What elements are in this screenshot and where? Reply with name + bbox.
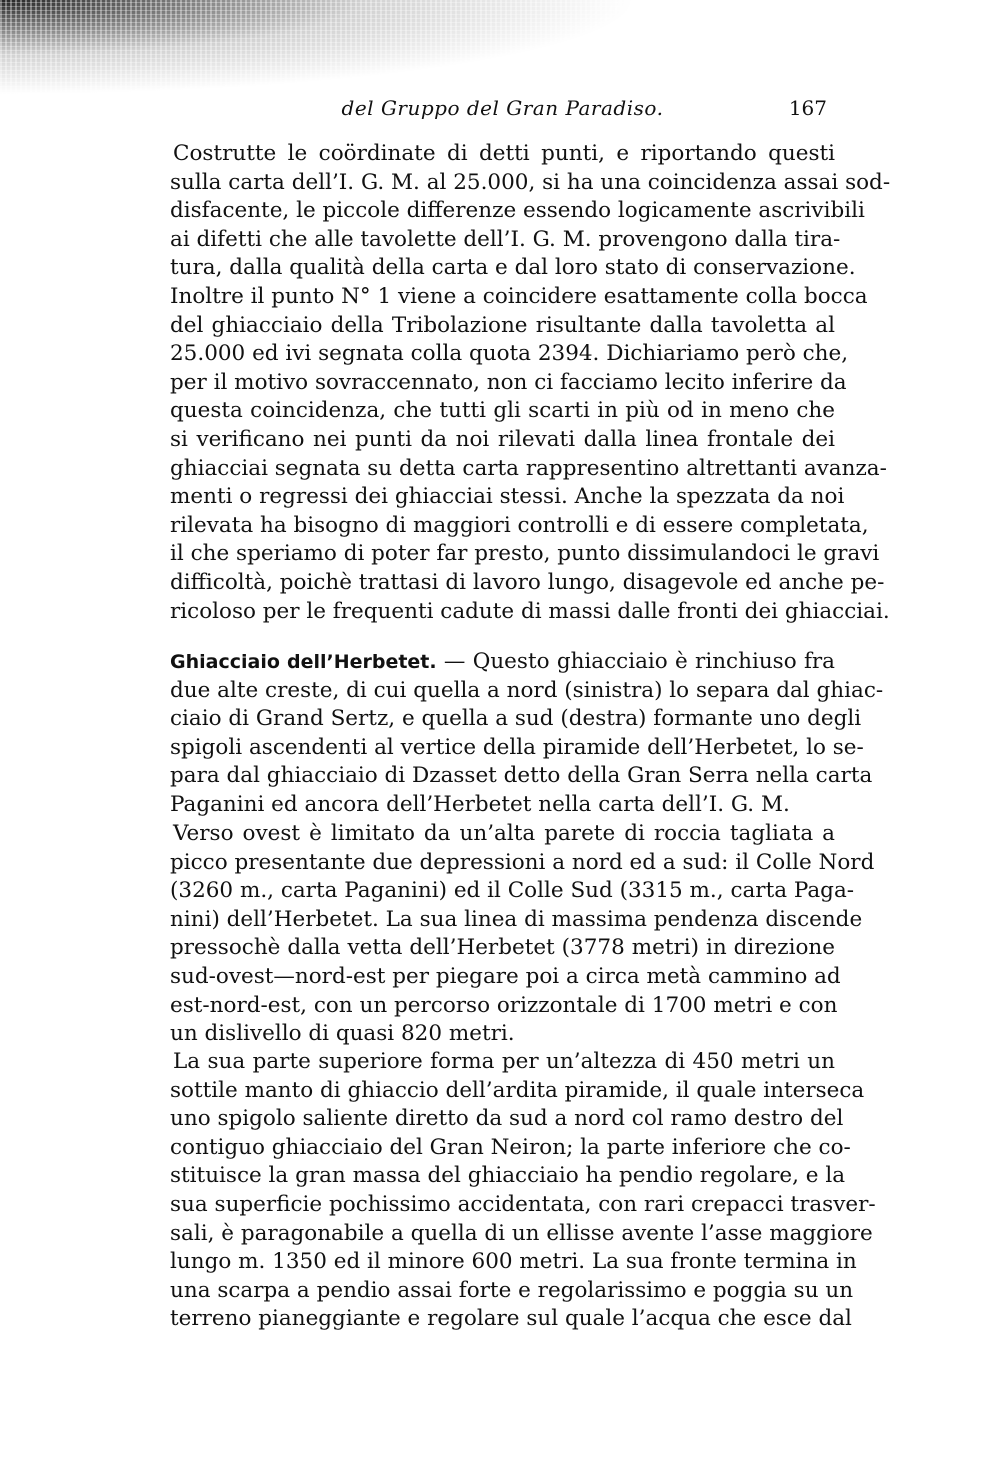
text-line: difficoltà, poichè trattasi di lavoro lu… — [170, 569, 835, 598]
text-line: spigoli ascendenti al vertice della pira… — [170, 734, 835, 763]
text-line: sulla carta dell’I. G. M. al 25.000, si … — [170, 169, 835, 198]
text-line: Costrutte le coördinate di detti punti, … — [170, 140, 835, 169]
text-line: menti o regressi dei ghiacciai stessi. A… — [170, 483, 835, 512]
text-line: una scarpa a pendio assai forte e regola… — [170, 1277, 835, 1306]
text-line: ciaio di Grand Sertz, e quella a sud (de… — [170, 705, 835, 734]
text-line: Verso ovest è limitato da un’alta parete… — [170, 820, 835, 849]
text-line: contiguo ghiacciaio del Gran Neiron; la … — [170, 1134, 835, 1163]
paragraph-1: Costrutte le coördinate di detti punti, … — [170, 140, 835, 626]
scan-artifact — [0, 0, 640, 95]
text-line: Paganini ed ancora dell’Herbetet nella c… — [170, 791, 835, 820]
text-line: rilevata ha bisogno di maggiori controll… — [170, 512, 835, 541]
heading-continuation: — Questo ghiacciaio è rinchiuso fra — [437, 649, 835, 674]
text-line: due alte creste, di cui quella a nord (s… — [170, 677, 835, 706]
paragraph-4: La sua parte superiore forma per un’alte… — [170, 1048, 835, 1334]
text-line: uno spigolo saliente diretto da sud a no… — [170, 1105, 835, 1134]
text-line: terreno pianeggiante e regolare sul qual… — [170, 1305, 835, 1334]
text-line: si verificano nei punti da noi rilevati … — [170, 426, 835, 455]
running-head: del Gruppo del Gran Paradiso. 167 — [170, 96, 835, 126]
text-line: pressochè dalla vetta dell’Herbetet (377… — [170, 934, 835, 963]
text-line: disfacente, le piccole differenze essend… — [170, 197, 835, 226]
text-line: per il motivo sovraccennato, non ci facc… — [170, 369, 835, 398]
running-title: del Gruppo del Gran Paradiso. — [170, 96, 835, 120]
text-line: picco presentante due depressioni a nord… — [170, 849, 835, 878]
text-line: nini) dell’Herbetet. La sua linea di mas… — [170, 906, 835, 935]
text-line: ai difetti che alle tavolette dell’I. G.… — [170, 226, 835, 255]
paragraph-3: Verso ovest è limitato da un’alta parete… — [170, 820, 835, 1049]
text-line: para dal ghiacciaio di Dzasset detto del… — [170, 762, 835, 791]
text-line: il che speriamo di poter far presto, pun… — [170, 540, 835, 569]
text-line: Ghiacciaio dell’Herbetet. — Questo ghiac… — [170, 648, 835, 677]
text-line: ghiacciai segnata su detta carta rappres… — [170, 455, 835, 484]
text-line: Inoltre il punto N° 1 viene a coincidere… — [170, 283, 835, 312]
text-line: stituisce la gran massa del ghiacciaio h… — [170, 1162, 835, 1191]
section-herbetet: Ghiacciaio dell’Herbetet. — Questo ghiac… — [170, 648, 835, 820]
text-line: 25.000 ed ivi segnata colla quota 2394. … — [170, 340, 835, 369]
text-line: sottile manto di ghiaccio dell’ardita pi… — [170, 1077, 835, 1106]
text-line: (3260 m., carta Paganini) ed il Colle Su… — [170, 877, 835, 906]
text-line: ricoloso per le frequenti cadute di mass… — [170, 598, 835, 627]
text-line: del ghiacciaio della Tribolazione risult… — [170, 312, 835, 341]
text-line: sud-ovest—nord-est per piegare poi a cir… — [170, 963, 835, 992]
text-line: tura, dalla qualità della carta e dal lo… — [170, 254, 835, 283]
text-line: est-nord-est, con un percorso orizzontal… — [170, 992, 835, 1021]
text-line: lungo m. 1350 ed il minore 600 metri. La… — [170, 1248, 835, 1277]
text-line: sua superficie pochissimo accidentata, c… — [170, 1191, 835, 1220]
page-number: 167 — [789, 96, 827, 120]
text-line: La sua parte superiore forma per un’alte… — [170, 1048, 835, 1077]
text-line: un dislivello di quasi 820 metri. — [170, 1020, 835, 1049]
text-line: sali, è paragonabile a quella di un elli… — [170, 1220, 835, 1249]
section-heading: Ghiacciaio dell’Herbetet. — [170, 651, 437, 673]
text-line: questa coincidenza, che tutti gli scarti… — [170, 397, 835, 426]
